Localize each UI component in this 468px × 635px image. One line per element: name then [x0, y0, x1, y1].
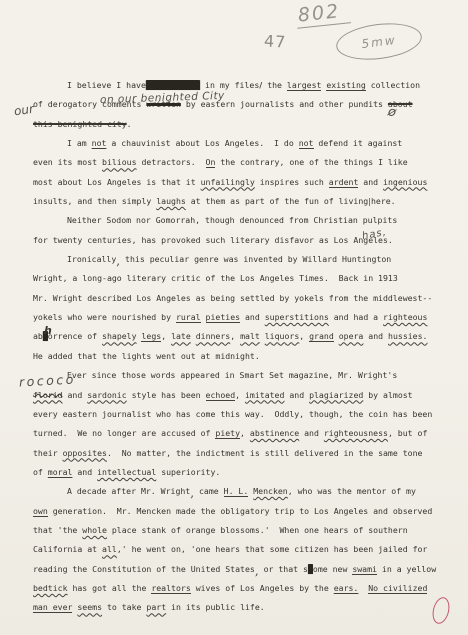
text-segment: I believe I have [67, 80, 146, 90]
typed-line: most about Los Angeles is that it unfail… [33, 173, 460, 192]
text-segment: Mr. Wright described Los Angeles as bein… [33, 293, 432, 303]
pencil-number-802: 802 [295, 0, 351, 29]
text-segment: unfailingly [201, 177, 255, 187]
text-segment: Ironically [67, 254, 116, 264]
typed-line: florid and sardonic style has been echoe… [33, 386, 460, 405]
text-segment: collection [366, 80, 420, 90]
text-segment: plagiarized [309, 390, 363, 400]
paragraph: Ever since those words appeared in Smart… [33, 366, 460, 482]
text-segment: insults, and then simply [33, 196, 156, 206]
text-segment: Mencken [253, 486, 288, 496]
circled-scribble: 5mw [334, 19, 424, 64]
text-segment: not [299, 138, 314, 149]
text-segment: Wright, a long-ago literary critic of th… [33, 273, 398, 283]
text-segment: ardent [329, 177, 359, 188]
paragraph: Neither Sodom nor Gomorrah, though denou… [33, 211, 460, 250]
text-segment: yokels who were nourished by [33, 312, 176, 322]
text-segment: this peculiar genre was invented by Will… [120, 254, 391, 264]
manuscript-page: I believe I have███████████ in my files/… [0, 0, 468, 635]
text-segment: ome new [313, 564, 352, 574]
text-segment: the contrary, one of the things I like [215, 157, 407, 167]
text-segment: orrence of [48, 331, 102, 341]
text-segment: swami [352, 564, 377, 575]
text-segment: , [299, 331, 309, 341]
text-segment: Neither Sodom nor Gomorrah, though denou… [67, 215, 397, 225]
typed-line: bedtick has got all the realtors wives o… [33, 579, 460, 598]
text-segment: whole [82, 525, 107, 535]
text-segment: H. L. [224, 486, 249, 497]
text-segment: ears. [334, 583, 359, 594]
text-segment: in my files [200, 80, 259, 90]
typed-line: that 'the whole place stank of orange bl… [33, 521, 460, 540]
text-segment: in its public life. [166, 602, 265, 612]
text-segment: , [240, 428, 250, 438]
typed-line: of moral and intellectual superiority. [33, 463, 460, 482]
text-segment: here. [371, 196, 396, 206]
typed-line: Ironically, this peculiar genre was inve… [33, 250, 460, 269]
insertion-our: our [13, 102, 35, 119]
text-segment: that 'the [33, 525, 82, 535]
text-segment: and [72, 467, 97, 477]
text-segment: ingenious [383, 177, 427, 187]
typed-line: insults, and then simply laughs at them … [33, 192, 460, 211]
typed-line: I am not a chauvinist about Los Angeles.… [33, 134, 460, 153]
text-segment: , [230, 331, 240, 341]
text-segment: , [235, 390, 245, 400]
text-segment: for twenty centuries, has provoked such … [33, 235, 393, 245]
text-segment: and [363, 331, 388, 341]
blackout-redaction: ███████████ [146, 80, 200, 90]
text-segment: their [33, 448, 63, 458]
text-segment: all [102, 544, 117, 554]
text-segment: every eastern journalist who has come th… [33, 409, 432, 419]
text-segment: or that s [259, 564, 308, 574]
text-segment: by almost [363, 390, 412, 400]
text-segment: man ever [33, 602, 72, 613]
text-segment: Ever since those words appeared in Smart… [67, 370, 397, 380]
typed-line: California at all,' he went on, 'one hea… [33, 540, 460, 559]
text-segment: . No matter, the indictment is still del… [107, 448, 422, 458]
text-segment: most about Los Angeles is that it [33, 177, 201, 187]
text-segment: , [161, 331, 171, 341]
typed-line: own generation. Mr. Mencken made the obl… [33, 502, 460, 521]
paragraph: Ironically, this peculiar genre was inve… [33, 250, 460, 366]
typed-line: every eastern journalist who has come th… [33, 405, 460, 424]
text-segment: No civilized [368, 583, 427, 594]
text-segment: malt [240, 331, 260, 341]
text-segment: A decade after Mr. Wright [67, 486, 190, 496]
text-segment: legs [141, 331, 161, 342]
text-segment: hussies. [388, 331, 427, 341]
text-segment: imitated [245, 390, 284, 400]
text-segment: , who was the mentor of my [288, 486, 416, 496]
typed-line: Ever since those words appeared in Smart… [33, 366, 460, 385]
text-segment: liquors [265, 331, 300, 341]
typescript-body: I believe I have███████████ in my files/… [33, 76, 460, 618]
text-segment: not [92, 138, 107, 149]
insertion-h: h [44, 324, 52, 337]
text-segment: I am [67, 138, 92, 148]
text-segment: largest [287, 80, 322, 91]
text-segment: has got all the [68, 583, 152, 593]
text-segment: inspires such [255, 177, 329, 187]
text-segment: existing [326, 80, 365, 91]
text-segment: superstitions [265, 312, 329, 322]
text-segment: laughs [156, 196, 186, 206]
typed-line: man ever seems to take part in its publi… [33, 598, 460, 617]
text-segment: came [194, 486, 224, 496]
text-segment: own [33, 506, 48, 517]
typed-line: A decade after Mr. Wright, came H. L. Me… [33, 482, 460, 501]
pencil-number-47: 47 [264, 31, 287, 51]
text-segment: echoed [206, 390, 236, 401]
text-segment: and [63, 390, 88, 400]
text-segment: California at [33, 544, 102, 554]
insertion-rococo: rococo [19, 372, 77, 390]
text-segment: style has been [127, 390, 206, 400]
typed-line: He added that the lights went out at mid… [33, 347, 460, 366]
text-segment: generation. Mr. Mencken made the obligat… [48, 506, 433, 516]
text-segment: bilious [102, 157, 137, 167]
strikethrough-text: florid [33, 390, 63, 400]
text-segment: piety [215, 428, 240, 439]
text-segment: dinners [196, 331, 231, 341]
text-segment: ,' he went on, 'one hears that some citi… [117, 544, 428, 554]
text-segment: , but of [388, 428, 427, 438]
text-segment: realtors [151, 583, 190, 594]
text-segment: grand [309, 331, 334, 342]
text-segment: and [284, 390, 309, 400]
typed-line: yokels who were nourished by rural pieti… [33, 308, 460, 327]
typed-line: turned. We no longer are accused of piet… [33, 424, 460, 443]
paragraph: I am not a chauvinist about Los Angeles.… [33, 134, 460, 211]
text-segment: at them as part of the fun of living [186, 196, 368, 206]
text-segment: the [262, 80, 287, 90]
text-segment: place stank of orange blossoms.' When on… [107, 525, 408, 535]
text-segment: . [127, 119, 132, 129]
text-segment: late [171, 331, 191, 341]
text-segment: part [146, 602, 166, 612]
text-segment: intellectual [97, 467, 156, 477]
text-segment: bedtick [33, 583, 68, 593]
text-segment: of [33, 467, 48, 477]
typed-line: Mr. Wright described Los Angeles as bein… [33, 289, 460, 308]
typed-line: reading the Constitution of the United S… [33, 560, 460, 579]
text-segment: abstinence [250, 428, 299, 438]
strikethrough-text: this benighted city [33, 119, 127, 129]
typed-line: even its most bilious detractors. On the… [33, 153, 460, 172]
text-segment: superiority. [156, 467, 220, 477]
text-segment: and [299, 428, 324, 438]
text-segment: pieties [206, 312, 241, 323]
typed-line: Wright, a long-ago literary critic of th… [33, 269, 460, 288]
text-segment: wives of Los Angeles by the [191, 583, 334, 593]
text-segment: turned. We no longer are accused of [33, 428, 215, 438]
text-segment: He added that the lights went out at mid… [33, 351, 260, 361]
text-segment: rural [176, 312, 201, 323]
typed-line: I believe I have███████████ in my files/… [33, 76, 460, 95]
text-segment: moral [48, 467, 73, 478]
text-segment [358, 583, 368, 593]
text-segment: and [240, 312, 265, 322]
paragraph: A decade after Mr. Wright, came H. L. Me… [33, 482, 460, 617]
text-segment [201, 312, 206, 322]
text-segment: opposites [63, 448, 107, 458]
text-segment: sardonic [87, 390, 126, 400]
typed-line: Neither Sodom nor Gomorrah, though denou… [33, 211, 460, 230]
text-segment: even its most [33, 157, 102, 167]
text-segment: shapely [102, 331, 137, 341]
text-segment: righteousness [324, 428, 388, 438]
text-segment: ab [33, 331, 43, 341]
text-segment: in a yellow [377, 564, 436, 574]
text-segment: and had a [329, 312, 383, 322]
text-segment: righteous [383, 312, 427, 322]
typed-line: for twenty centuries, has provoked such … [33, 231, 460, 250]
typed-line: this benighted city. [33, 115, 460, 134]
typed-line: ab█orrence of shapely legs, late dinners… [33, 327, 460, 346]
text-segment: opera [339, 331, 364, 341]
text-segment: and [358, 177, 383, 187]
text-segment: seems [77, 602, 102, 612]
text-segment: detractors. [137, 157, 206, 167]
text-segment: to take [102, 602, 146, 612]
text-segment: defend it against [314, 138, 403, 148]
text-segment: On [206, 157, 216, 168]
text-segment: a chauvinist about Los Angeles. I do [106, 138, 298, 148]
text-segment: reading the Constitution of the United S… [33, 564, 255, 574]
typed-line: their opposites. No matter, the indictme… [33, 444, 460, 463]
